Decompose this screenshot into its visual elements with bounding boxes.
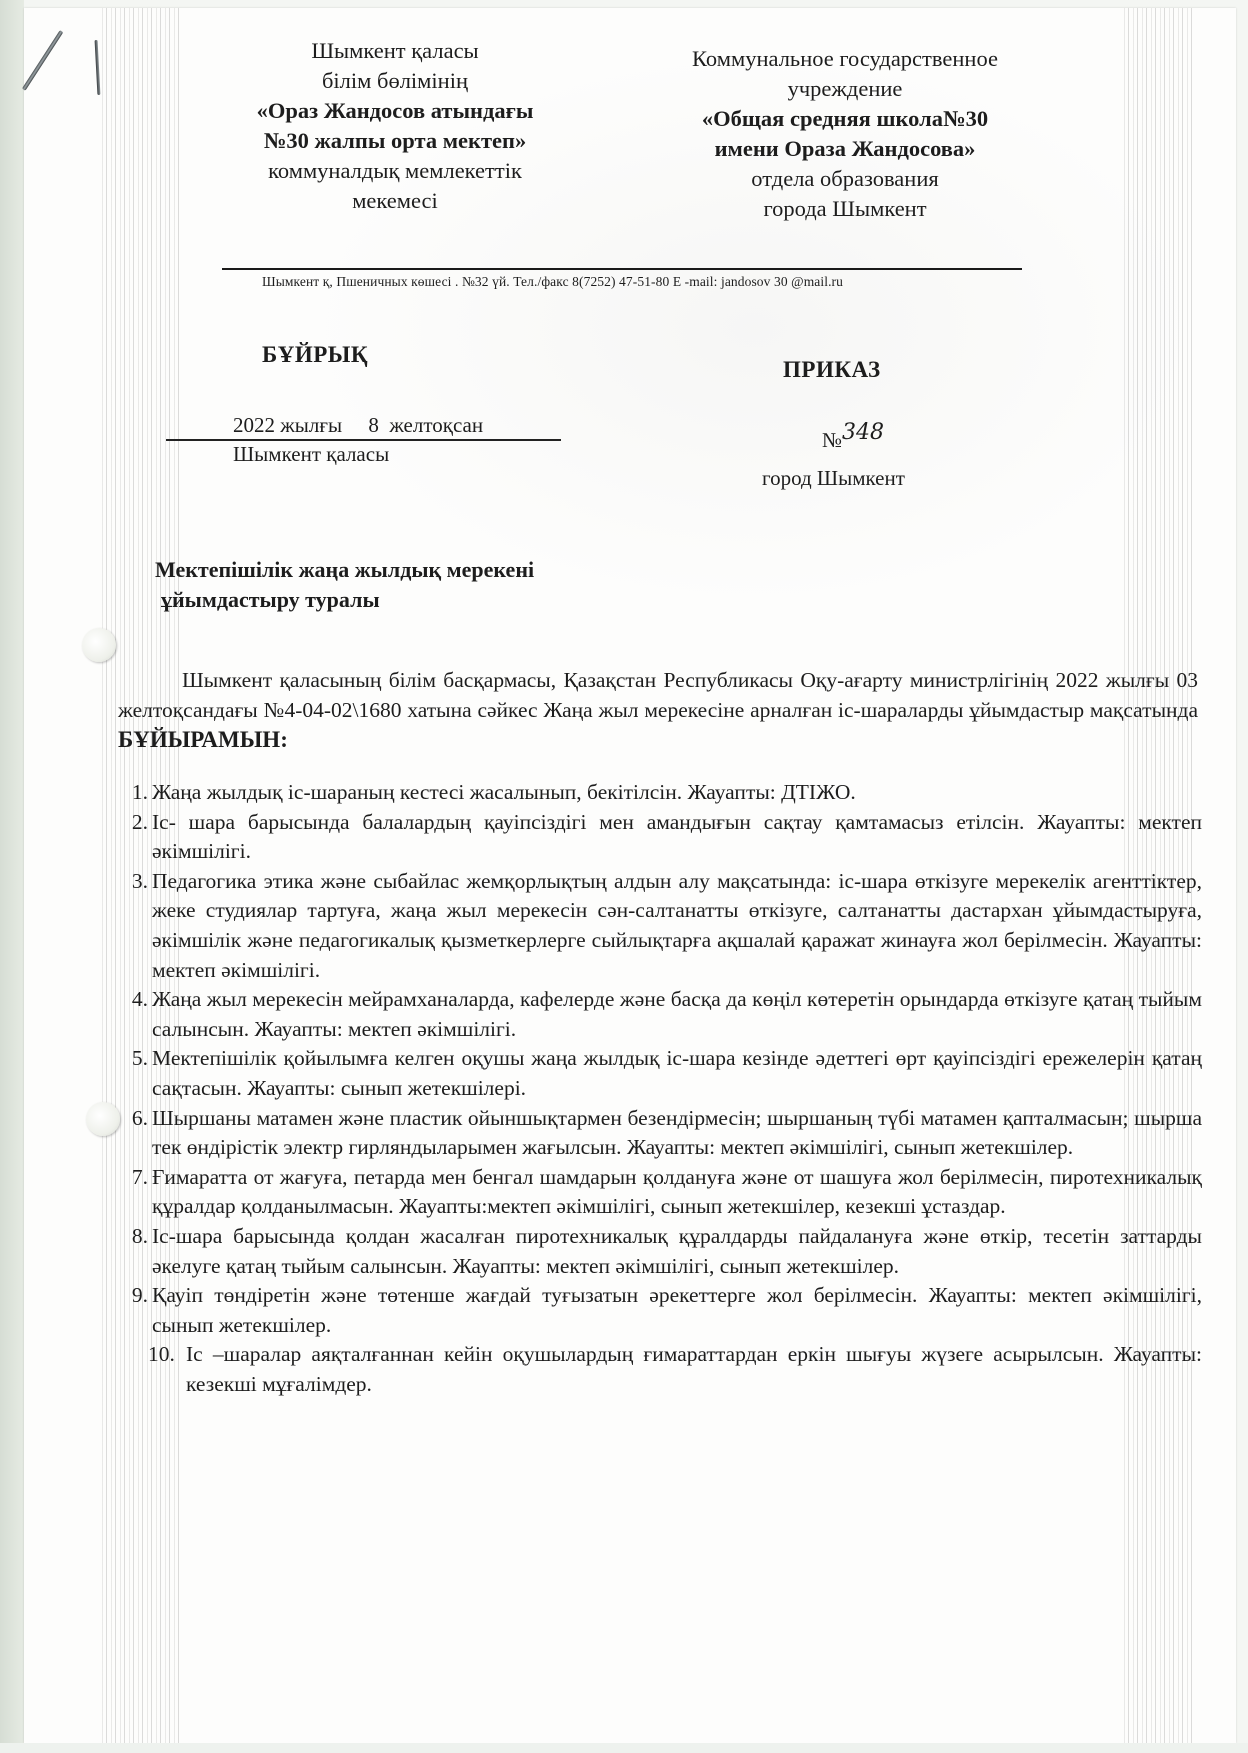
letterhead-ru-line: отдела образования bbox=[660, 164, 1030, 194]
school-name-ru: «Общая средняя школа№30 bbox=[660, 104, 1030, 134]
item-text: Іс- шара барысында балалардың қауіпсізді… bbox=[152, 808, 1202, 867]
list-item: 7. Ғимаратта от жағуға, петарда мен бенг… bbox=[126, 1163, 1202, 1222]
item-number: 8. bbox=[126, 1222, 148, 1252]
school-name-kz: «Ораз Жандосов атындағы bbox=[230, 96, 560, 126]
scanner-margin-bottom bbox=[0, 1743, 1248, 1753]
letterhead-ru-line: города Шымкент bbox=[660, 194, 1030, 224]
handwritten-order-number: 348 bbox=[842, 420, 884, 445]
item-text: Ғимаратта от жағуға, петарда мен бенгал … bbox=[152, 1163, 1202, 1222]
list-item: 10. Іс –шаралар аяқталғаннан кейін оқушы… bbox=[126, 1340, 1202, 1399]
subject-line: Мектепішілік жаңа жылдық мерекені bbox=[155, 555, 534, 585]
item-number: 5. bbox=[126, 1044, 148, 1074]
item-text: Педагогика этика және сыбайлас жемқорлық… bbox=[152, 867, 1202, 985]
item-number: 4. bbox=[126, 985, 148, 1015]
item-text: Жаңа жылдық іс-шараның кестесі жасалынып… bbox=[152, 778, 1202, 808]
list-item: 5. Мектепішілік қойылымға келген оқушы ж… bbox=[126, 1044, 1202, 1103]
letterhead-russian: Коммунальное государственное учреждение … bbox=[660, 44, 1030, 224]
list-item: 6. Шыршаны матамен және пластик ойыншықт… bbox=[126, 1104, 1202, 1163]
item-number: 2. bbox=[126, 808, 148, 838]
order-city-ru: город Шымкент bbox=[762, 466, 905, 491]
letterhead-kazakh: Шымкент қаласы білім бөлімінің «Ораз Жан… bbox=[230, 36, 560, 216]
item-number: 1. bbox=[126, 778, 148, 808]
order-subject: Мектепішілік жаңа жылдық мерекені ұйымда… bbox=[155, 555, 534, 615]
punch-hole-icon bbox=[86, 1102, 120, 1136]
list-item: 3. Педагогика этика және сыбайлас жемқор… bbox=[126, 867, 1202, 985]
date-underline bbox=[166, 439, 561, 441]
letterhead-kz-line: білім бөлімінің bbox=[230, 66, 560, 96]
order-title-kz: БҰЙРЫҚ bbox=[262, 342, 368, 368]
school-name-kz: №30 жалпы орта мектеп» bbox=[230, 126, 560, 156]
item-number: 10. bbox=[148, 1340, 182, 1370]
letterhead-kz-line: Шымкент қаласы bbox=[230, 36, 560, 66]
punch-hole-icon bbox=[82, 628, 116, 662]
letterhead-ru-line: Коммунальное государственное bbox=[660, 44, 1030, 74]
list-item: 1. Жаңа жылдық іс-шараның кестесі жасалы… bbox=[126, 778, 1202, 808]
letterhead-kz-line: коммуналдық мемлекеттік bbox=[230, 156, 560, 186]
item-text: Іс-шара барысында қолдан жасалған пироте… bbox=[152, 1222, 1202, 1281]
order-city-kz: Шымкент қаласы bbox=[233, 442, 389, 467]
list-item: 4. Жаңа жыл мерекесін мейрамханаларда, к… bbox=[126, 985, 1202, 1044]
item-text: Мектепішілік қойылымға келген оқушы жаңа… bbox=[152, 1044, 1202, 1103]
letterhead-ru-line: учреждение bbox=[660, 74, 1030, 104]
number-sign: № bbox=[822, 428, 842, 452]
contact-info: Шымкент қ, Пшеничных көшесі . №32 үй. Те… bbox=[262, 274, 843, 290]
preamble-text: Шымкент қаласының білім басқармасы, Қаза… bbox=[118, 668, 1198, 722]
order-items-list: 1. Жаңа жылдық іс-шараның кестесі жасалы… bbox=[126, 778, 1202, 1399]
list-item: 2. Іс- шара барысында балалардың қауіпсі… bbox=[126, 808, 1202, 867]
directive-word: БҰЙЫРАМЫН: bbox=[118, 727, 288, 752]
scanner-margin bbox=[0, 0, 24, 1753]
item-text: Іс –шаралар аяқталғаннан кейін оқушылард… bbox=[186, 1340, 1202, 1399]
item-number: 7. bbox=[126, 1163, 148, 1193]
item-number: 6. bbox=[126, 1104, 148, 1134]
order-title-ru: ПРИКАЗ bbox=[783, 357, 881, 383]
item-text: Жаңа жыл мерекесін мейрамханаларда, кафе… bbox=[152, 985, 1202, 1044]
list-item: 9. Қауіп төндіретін және төтенше жағдай … bbox=[126, 1281, 1202, 1340]
school-name-ru: имени Ораза Жандосова» bbox=[660, 134, 1030, 164]
letterhead-divider bbox=[222, 268, 1022, 270]
item-number: 3. bbox=[126, 867, 148, 897]
item-text: Шыршаны матамен және пластик ойыншықтарм… bbox=[152, 1104, 1202, 1163]
letterhead-kz-line: мекемесі bbox=[230, 186, 560, 216]
item-number: 9. bbox=[126, 1281, 148, 1311]
item-text: Қауіп төндіретін және төтенше жағдай туғ… bbox=[152, 1281, 1202, 1340]
list-item: 8. Іс-шара барысында қолдан жасалған пир… bbox=[126, 1222, 1202, 1281]
order-date: 2022 жылғы 8 желтоқсан bbox=[233, 413, 483, 438]
order-number: №348 bbox=[822, 428, 884, 453]
preamble-paragraph: Шымкент қаласының білім басқармасы, Қаза… bbox=[118, 665, 1198, 755]
subject-line: ұйымдастыру туралы bbox=[155, 585, 534, 615]
